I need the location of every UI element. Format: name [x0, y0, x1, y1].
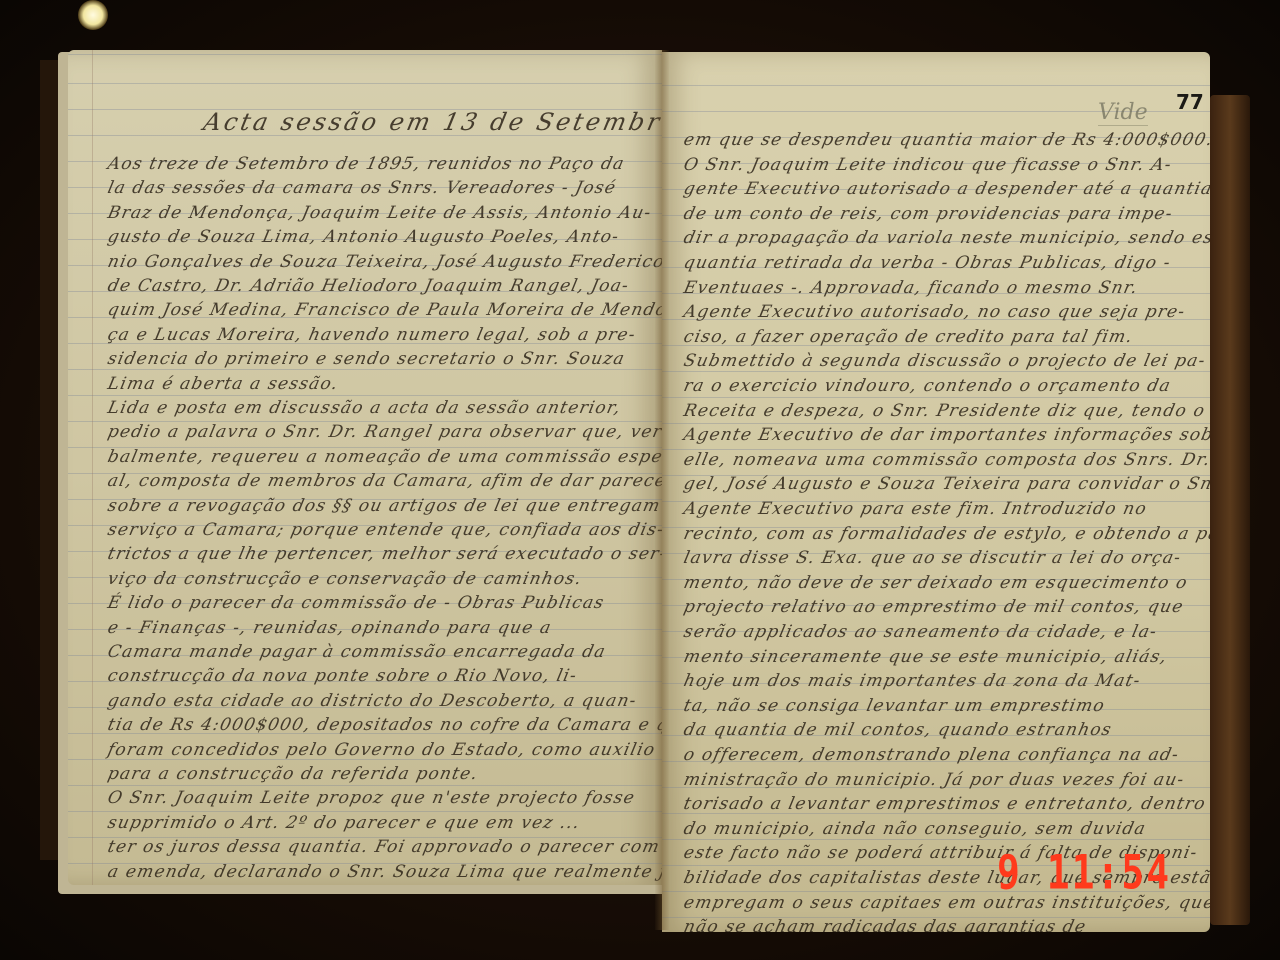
- handwritten-line: sidencia do primeiro e sendo secretario …: [106, 349, 627, 369]
- handwritten-line: serão applicados ao saneamento da cidade…: [682, 622, 1159, 642]
- handwritten-line: Agente Executivo para este fim. Introduz…: [682, 499, 1149, 519]
- handwritten-line: elle, nomeava uma commissão composta dos…: [682, 450, 1210, 470]
- handwritten-line: gel, José Augusto e Souza Teixeira para …: [682, 474, 1210, 494]
- handwritten-line: Agente Executivo de dar importantes info…: [682, 425, 1210, 445]
- handwritten-line: recinto, com as formalidades de estylo, …: [682, 524, 1210, 544]
- handwritten-line: construcção da nova ponte sobre o Rio No…: [106, 666, 579, 686]
- handwritten-line: dir a propagação da variola neste munici…: [682, 228, 1210, 248]
- handwritten-line: ciso, a fazer operação de credito para t…: [682, 327, 1135, 347]
- minutes-title: Acta sessão em 13 de Setembro de 1895: [201, 108, 662, 136]
- handwritten-line: Eventuaes -. Approvada, ficando o mesmo …: [682, 278, 1140, 298]
- handwritten-line: supprimido o Art. 2º do parecer e que em…: [106, 813, 582, 833]
- handwritten-line: viço da construcção e conservação de cam…: [106, 569, 584, 589]
- handwritten-line: em que se despendeu quantia maior de Rs …: [682, 130, 1210, 150]
- handwritten-line: Aos treze de Setembro de 1895, reunidos …: [106, 154, 627, 174]
- handwritten-line: Submettido à segunda discussão o project…: [682, 351, 1208, 371]
- handwritten-line: para a construcção da referida ponte.: [106, 764, 480, 784]
- handwritten-line: quantia retirada da verba - Obras Public…: [682, 253, 1173, 273]
- handwritten-line: Lida e posta em discussão a acta da sess…: [106, 398, 623, 418]
- handwritten-line: ter os juros dessa quantia. Foi approvad…: [106, 837, 662, 857]
- handwritten-line: torisado a levantar emprestimos e entret…: [682, 794, 1208, 814]
- handwritten-line: e - Finanças -, reunidas, opinando para …: [106, 618, 554, 638]
- handwritten-line: tia de Rs 4:000$000, depositados no cofr…: [106, 715, 662, 735]
- handwritten-line: gando esta cidade ao districto do Descob…: [106, 691, 639, 711]
- handwritten-line: al, composta de membros da Camara, afim …: [106, 471, 662, 491]
- handwritten-line: gusto de Souza Lima, Antonio Augusto Poe…: [106, 227, 621, 247]
- handwritten-line: gente Executivo autorisado a despender a…: [682, 179, 1210, 199]
- camera-timestamp: 9 11:54: [997, 845, 1171, 900]
- handwritten-line: mento sinceramente que se este municipio…: [682, 647, 1169, 667]
- page-number: 77: [1176, 90, 1204, 114]
- handwritten-line: do municipio, ainda não conseguio, sem d…: [682, 819, 1148, 839]
- handwritten-line: ra o exercicio vindouro, contendo o orça…: [682, 376, 1173, 396]
- handwritten-line: hoje um dos mais importantes da zona da …: [682, 671, 1143, 691]
- handwritten-line: foram concedidos pelo Governo do Estado,…: [106, 740, 658, 760]
- handwritten-line: la das sessões da camara os Snrs. Veread…: [106, 178, 618, 198]
- handwritten-line: ta, não se consiga levantar um emprestim…: [682, 696, 1107, 716]
- handwritten-line: da quantia de mil contos, quando estranh…: [682, 720, 1114, 740]
- left-page: Acta sessão em 13 de Setembro de 1895 Ao…: [68, 50, 662, 885]
- handwritten-line: serviço a Camara; porque entende que, co…: [106, 520, 662, 540]
- handwritten-line: Receita e despeza, o Snr. Presidente diz…: [682, 401, 1210, 421]
- right-page: em que se despendeu quantia maior de Rs …: [662, 52, 1210, 932]
- handwritten-line: Agente Executivo autorisado, no caso que…: [682, 302, 1188, 322]
- handwritten-line: balmente, requereu a nomeação de uma com…: [106, 447, 662, 467]
- handwritten-line: de um conto de reis, com providencias pa…: [682, 204, 1175, 224]
- handwritten-line: trictos a que lhe pertencer, melhor será…: [106, 544, 662, 564]
- handwritten-line: lavra disse S. Exa. que ao se discutir a…: [682, 548, 1183, 568]
- handwritten-line: Braz de Mendonça, Joaquim Leite de Assis…: [106, 203, 654, 223]
- handwritten-line: nio Gonçalves de Souza Teixeira, José Au…: [106, 252, 662, 272]
- handwritten-line: mento, não deve de ser deixado em esquec…: [682, 573, 1190, 593]
- ledger-cover-right: [1210, 95, 1250, 925]
- handwritten-line: não se acham radicadas das garantias de: [682, 917, 1088, 932]
- handwritten-line: O Snr. Joaquim Leite indicou que ficasse…: [682, 155, 1174, 175]
- handwritten-line: projecto relativo ao emprestimo de mil c…: [682, 597, 1186, 617]
- handwritten-line: O Snr. Joaquim Leite propoz que n'este p…: [106, 788, 637, 808]
- handwritten-line: a emenda, declarando o Snr. Souza Lima q…: [106, 862, 662, 882]
- handwritten-line: ça e Lucas Moreira, havendo numero legal…: [106, 325, 638, 345]
- margin-line: [92, 50, 93, 885]
- lamp-reflection: [78, 0, 108, 30]
- handwritten-line: ministração do municipio. Já por duas ve…: [682, 770, 1187, 790]
- handwritten-line: o offerecem, demonstrando plena confianç…: [682, 745, 1181, 765]
- book-gutter: [655, 50, 669, 930]
- handwritten-line: pedio a palavra o Snr. Dr. Rangel para o…: [106, 422, 662, 442]
- handwritten-line: Lima é aberta a sessão.: [106, 374, 341, 394]
- handwritten-line: Camara mande pagar à commissão encarrega…: [106, 642, 608, 662]
- margin-note: Vide: [1098, 100, 1148, 126]
- handwritten-line: quim José Medina, Francisco de Paula Mor…: [106, 300, 662, 320]
- handwritten-line: É lido o parecer da commissão de - Obras…: [106, 593, 607, 613]
- handwritten-line: sobre a revogação dos §§ ou artigos de l…: [106, 496, 662, 516]
- handwritten-line: de Castro, Dr. Adrião Heliodoro Joaquim …: [106, 276, 631, 296]
